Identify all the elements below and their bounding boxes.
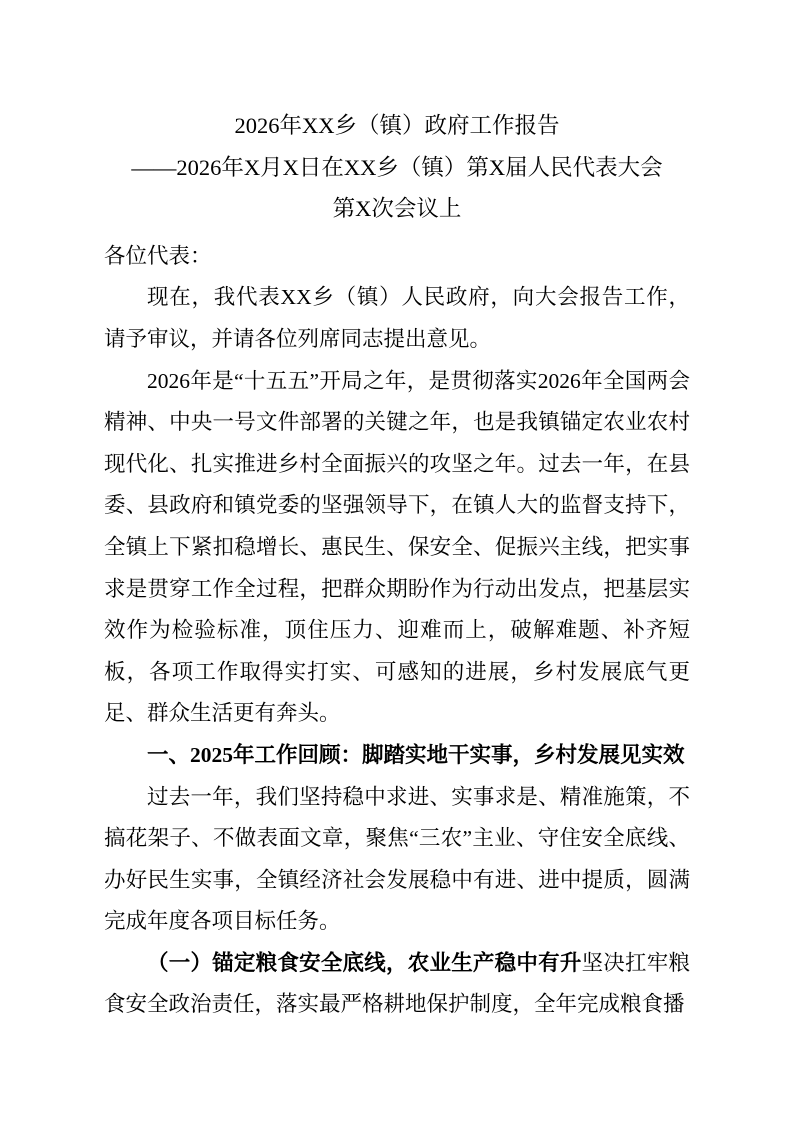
subsection-1-heading: （一）锚定粮食安全底线，农业生产稳中有升 [147,951,582,975]
document-page: 2026年XX乡（镇）政府工作报告 ——2026年X月X日在XX乡（镇）第X届人… [0,0,793,1122]
section-1-heading: 一、2025年工作回顾：脚踏实地干实事，乡村发展见实效 [104,735,690,777]
subtitle-line-1: ——2026年X月X日在XX乡（镇）第X届人民代表大会 [104,147,690,189]
paragraph-subsection-1: （一）锚定粮食安全底线，农业生产稳中有升坚决扛牢粮食安全政治责任，落实最严格耕地… [104,943,690,1026]
document-subtitle: ——2026年X月X日在XX乡（镇）第X届人民代表大会 第X次会议上 [104,147,690,230]
paragraph-intro: 现在，我代表XX乡（镇）人民政府，向大会报告工作，请予审议，并请各位列席同志提出… [104,277,690,360]
paragraph-review: 过去一年，我们坚持稳中求进、实事求是、精准施策，不搞花架子、不做表面文章，聚焦“… [104,777,690,943]
subtitle-line-2: 第X次会议上 [104,188,690,230]
salutation: 各位代表： [104,236,690,278]
paragraph-overview: 2026年是“十五五”开局之年，是贯彻落实2026年全国两会精神、中央一号文件部… [104,361,690,735]
document-title: 2026年XX乡（镇）政府工作报告 [104,105,690,147]
